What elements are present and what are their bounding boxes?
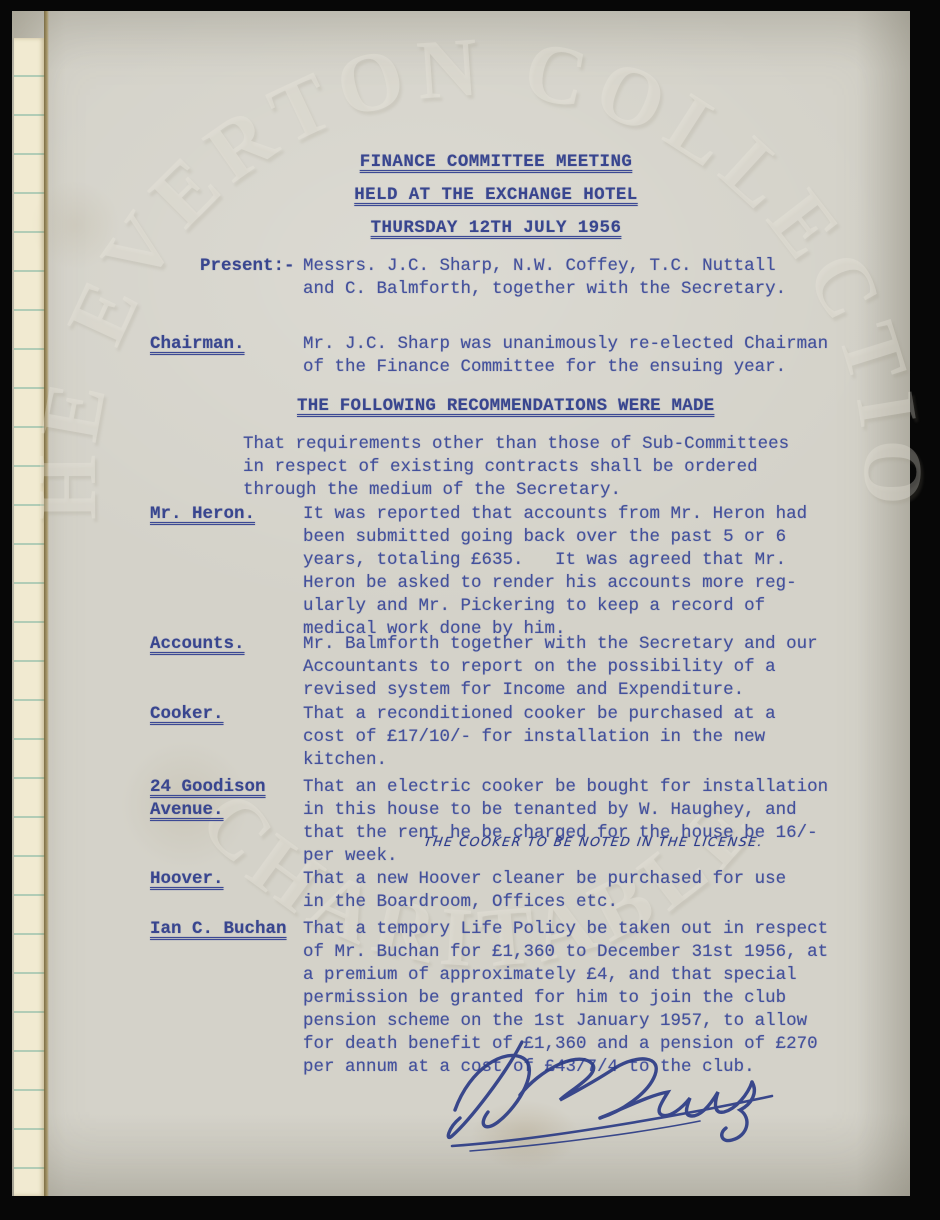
minute-body-ian-c-buchan: That a tempory Life Policy be taken out … xyxy=(303,918,828,1079)
present-attendees: Messrs. J.C. Sharp, N.W. Coffey, T.C. Nu… xyxy=(303,255,786,301)
scanned-document: THE EVERTON COLLECTION CHARITABLE FINANC… xyxy=(0,0,940,1220)
minute-label-24-goodison-avenue: 24 Goodison Avenue. xyxy=(150,776,266,822)
binding-crease xyxy=(44,11,49,1196)
handwritten-annotation: THE COOKER TO BE NOTED IN THE LICENSE. xyxy=(423,834,905,849)
minute-label-ian-c-buchan: Ian C. Buchan xyxy=(150,918,287,941)
minute-label-hoover: Hoover. xyxy=(150,868,224,891)
minute-body-hoover: That a new Hoover cleaner be purchased f… xyxy=(303,868,786,914)
notebook-spine-edge xyxy=(14,38,45,1196)
minute-body-accounts: Mr. Balmforth together with the Secretar… xyxy=(303,633,818,702)
chairman-label: Chairman. xyxy=(150,333,245,356)
minute-body-cooker: That a reconditioned cooker be purchased… xyxy=(303,703,776,772)
present-label: Present:- xyxy=(200,255,295,278)
recommendations-heading: THE FOLLOWING RECOMMENDATIONS WERE MADE xyxy=(297,395,714,418)
minute-body-mr-heron: It was reported that accounts from Mr. H… xyxy=(303,503,807,641)
chairman-resolution: Mr. J.C. Sharp was unanimously re-electe… xyxy=(303,333,828,379)
minute-label-mr-heron: Mr. Heron. xyxy=(150,503,255,526)
recommendations-preamble: That requirements other than those of Su… xyxy=(243,433,789,502)
minute-label-cooker: Cooker. xyxy=(150,703,224,726)
minute-label-accounts: Accounts. xyxy=(150,633,245,656)
minute-body-24-goodison-avenue: That an electric cooker be bought for in… xyxy=(303,776,828,868)
meeting-title: FINANCE COMMITTEE MEETING HELD AT THE EX… xyxy=(350,146,642,245)
